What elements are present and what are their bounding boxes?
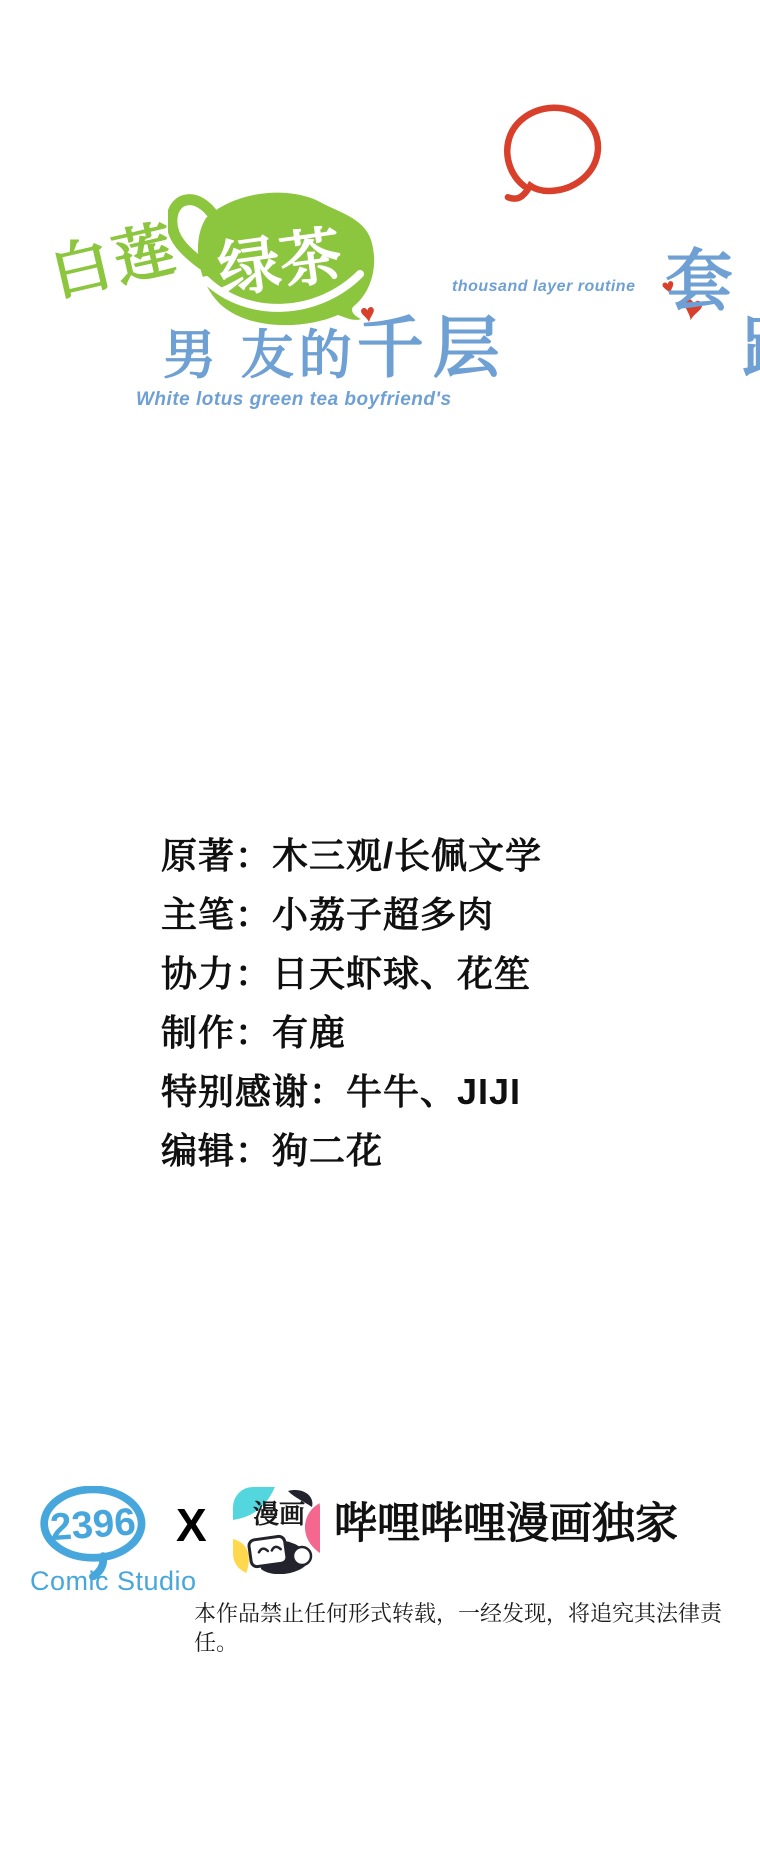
title-circled-glyph: 套: [666, 244, 733, 319]
title-circled-char: 套: [517, 114, 733, 382]
credit-line-assistants: 协力：日天虾球、花笙: [161, 949, 542, 1008]
credit-line-editor: 编辑：狗二花: [161, 1126, 542, 1185]
icon-manga-text: 漫画: [253, 1499, 305, 1529]
credits-list: 原著：木三观/长佩文学 主笔：小荔子超多肉 协力：日天虾球、花笙 制作：有鹿 特…: [161, 831, 542, 1185]
logo-english-subtitle-bottom: White lotus green tea boyfriend's: [136, 390, 452, 409]
title-prefix: 男 友的: [163, 329, 357, 382]
red-circle-annotation-icon: [502, 104, 604, 204]
comic-credits-page: 白莲 绿茶 ♥ thousand layer routine ♥ ♥ 男 友的 …: [0, 0, 760, 1855]
bilibili-manga-app-icon: 漫画: [233, 1487, 320, 1574]
studio-name-text: Comic Studio: [30, 1568, 197, 1595]
icon-tv-face: [248, 1536, 287, 1568]
platform-exclusive-text: 哔哩哔哩漫画独家: [334, 1503, 678, 1546]
credit-line-lead-artist: 主笔：小荔子超多肉: [161, 890, 542, 949]
studio-number-text: 2396: [49, 1500, 137, 1549]
title-mid: 千层: [357, 315, 509, 382]
title-suffix: 路: [743, 315, 760, 382]
credit-line-original-author: 原著：木三观/长佩文学: [161, 831, 542, 890]
credit-line-production: 制作：有鹿: [161, 1008, 542, 1067]
credit-line-special-thanks: 特别感谢：牛牛、JIJI: [161, 1067, 542, 1126]
logo-white-lotus-text: 白莲: [45, 218, 183, 305]
icon-paw: [293, 1547, 311, 1565]
copyright-disclaimer: 本作品禁止任何形式转载，一经发现，将追究其法律责任。: [194, 1600, 760, 1657]
logo-main-title: 男 友的 千层 套 路: [163, 314, 760, 382]
collaboration-x-icon: X: [176, 1502, 207, 1548]
